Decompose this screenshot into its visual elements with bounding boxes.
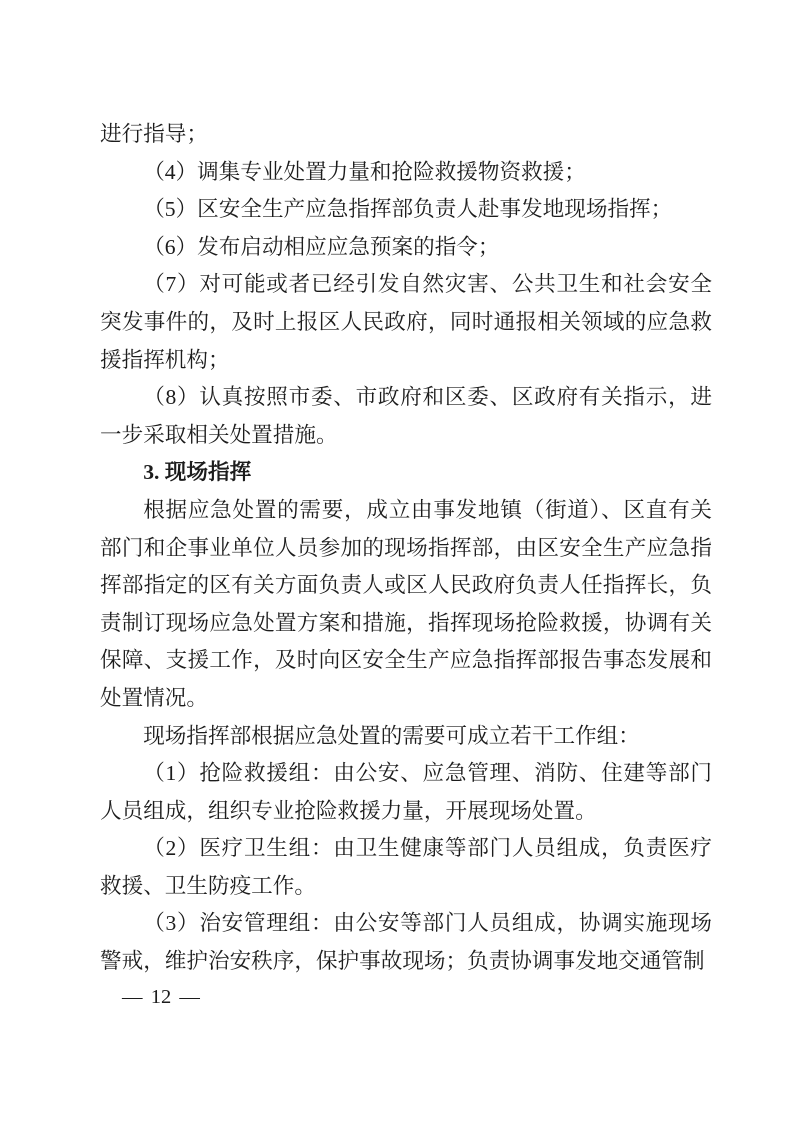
list-item-group-1: （1）抢险救援组：由公安、应急管理、消防、住建等部门人员组成，组织专业抢险救援力… — [100, 755, 712, 830]
document-page: 进行指导； （4）调集专业处置力量和抢险救援物资救援； （5）区安全生产应急指挥… — [0, 0, 794, 1122]
page-body: 进行指导； （4）调集专业处置力量和抢险救援物资救援； （5）区安全生产应急指挥… — [100, 116, 712, 981]
list-item-group-2: （2）医疗卫生组：由卫生健康等部门人员组成，负责医疗救援、卫生防疫工作。 — [100, 830, 712, 905]
paragraph-workgroups-intro: 现场指挥部根据应急处置的需要可成立若干工作组： — [100, 718, 712, 756]
paragraph-continuation: 进行指导； — [100, 116, 712, 154]
list-item-4: （4）调集专业处置力量和抢险救援物资救援； — [100, 154, 712, 192]
list-item-group-3: （3）治安管理组：由公安等部门人员组成，协调实施现场警戒，维护治安秩序，保护事故… — [100, 905, 712, 980]
list-item-6: （6）发布启动相应应急预案的指令； — [100, 229, 712, 267]
list-item-7: （7）对可能或者已经引发自然灾害、公共卫生和社会安全突发事件的，及时上报区人民政… — [100, 266, 712, 379]
list-item-8: （8）认真按照市委、市政府和区委、区政府有关指示，进一步采取相关处置措施。 — [100, 379, 712, 454]
page-number: — 12 — — [122, 986, 200, 1009]
paragraph-onsite-command: 根据应急处置的需要，成立由事发地镇（街道）、区直有关部门和企事业单位人员参加的现… — [100, 492, 712, 718]
list-item-5: （5）区安全生产应急指挥部负责人赴事发地现场指挥； — [100, 191, 712, 229]
section-heading-3: 3. 现场指挥 — [100, 454, 712, 492]
